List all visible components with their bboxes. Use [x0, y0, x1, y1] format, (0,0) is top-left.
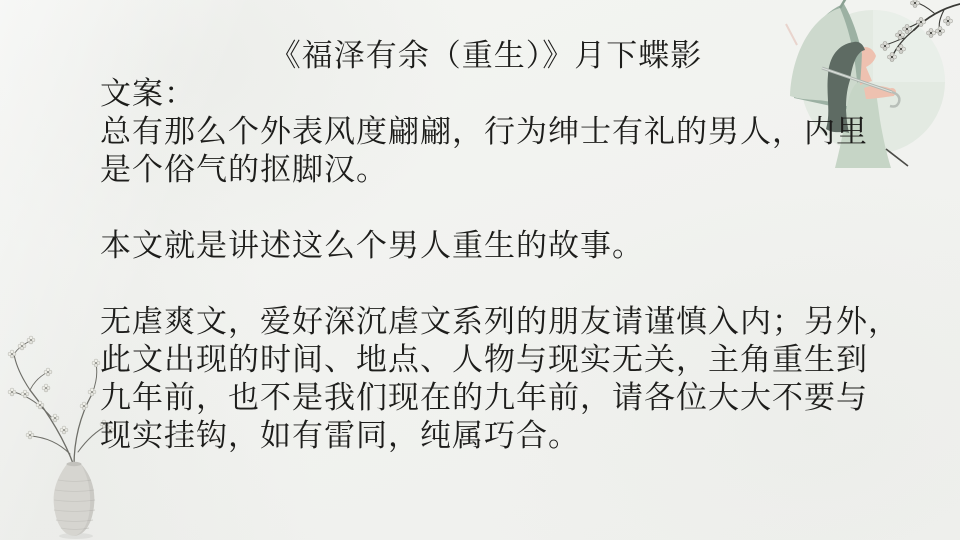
synopsis-line-4: 无虐爽文，爱好深沉虐文系列的朋友请谨慎入内；另外， — [100, 303, 872, 341]
synopsis-line-5: 此文出现的时间、地点、人物与现实无关，主角重生到 — [100, 341, 872, 379]
synopsis-line-3: 本文就是讲述这么个男人重生的故事。 — [100, 227, 872, 265]
synopsis-line-1: 总有那么个外表风度翩翩，行为绅士有礼的男人，内里 — [100, 113, 872, 151]
synopsis-text-block: 《福泽有余（重生）》月下蝶影 文案： 总有那么个外表风度翩翩，行为绅士有礼的男人… — [100, 37, 872, 455]
blank-line — [100, 189, 872, 227]
vase-body — [54, 464, 95, 536]
ink-slash-mark — [886, 149, 908, 166]
blank-line — [100, 265, 872, 303]
synopsis-label: 文案： — [100, 75, 872, 113]
synopsis-line-7: 现实挂钩，如有雷同，纯属巧合。 — [100, 417, 872, 455]
synopsis-line-6: 九年前，也不是我们现在的九年前，请各位大大不要与 — [100, 379, 872, 417]
synopsis-line-2: 是个俗气的抠脚汉。 — [100, 151, 872, 189]
book-title: 《福泽有余（重生）》月下蝶影 — [100, 37, 872, 75]
synopsis-page: 《福泽有余（重生）》月下蝶影 文案： 总有那么个外表风度翩翩，行为绅士有礼的男人… — [0, 0, 960, 540]
